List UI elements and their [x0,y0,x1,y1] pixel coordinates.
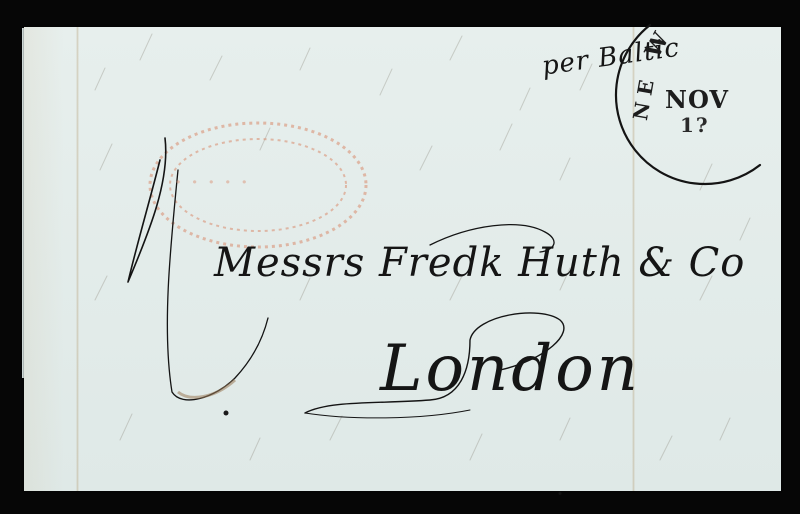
red-stamp-faint-text: · · · · · [175,172,249,193]
destination-city: London [380,332,641,406]
addressee-line: Messrs Fredk Huth & Co [214,240,745,286]
postmark-month: NOV [665,85,729,114]
postmark-letter-n: N [628,100,655,122]
postmark-day: 1? [680,113,710,137]
postmark-letter-e: E [632,78,658,97]
